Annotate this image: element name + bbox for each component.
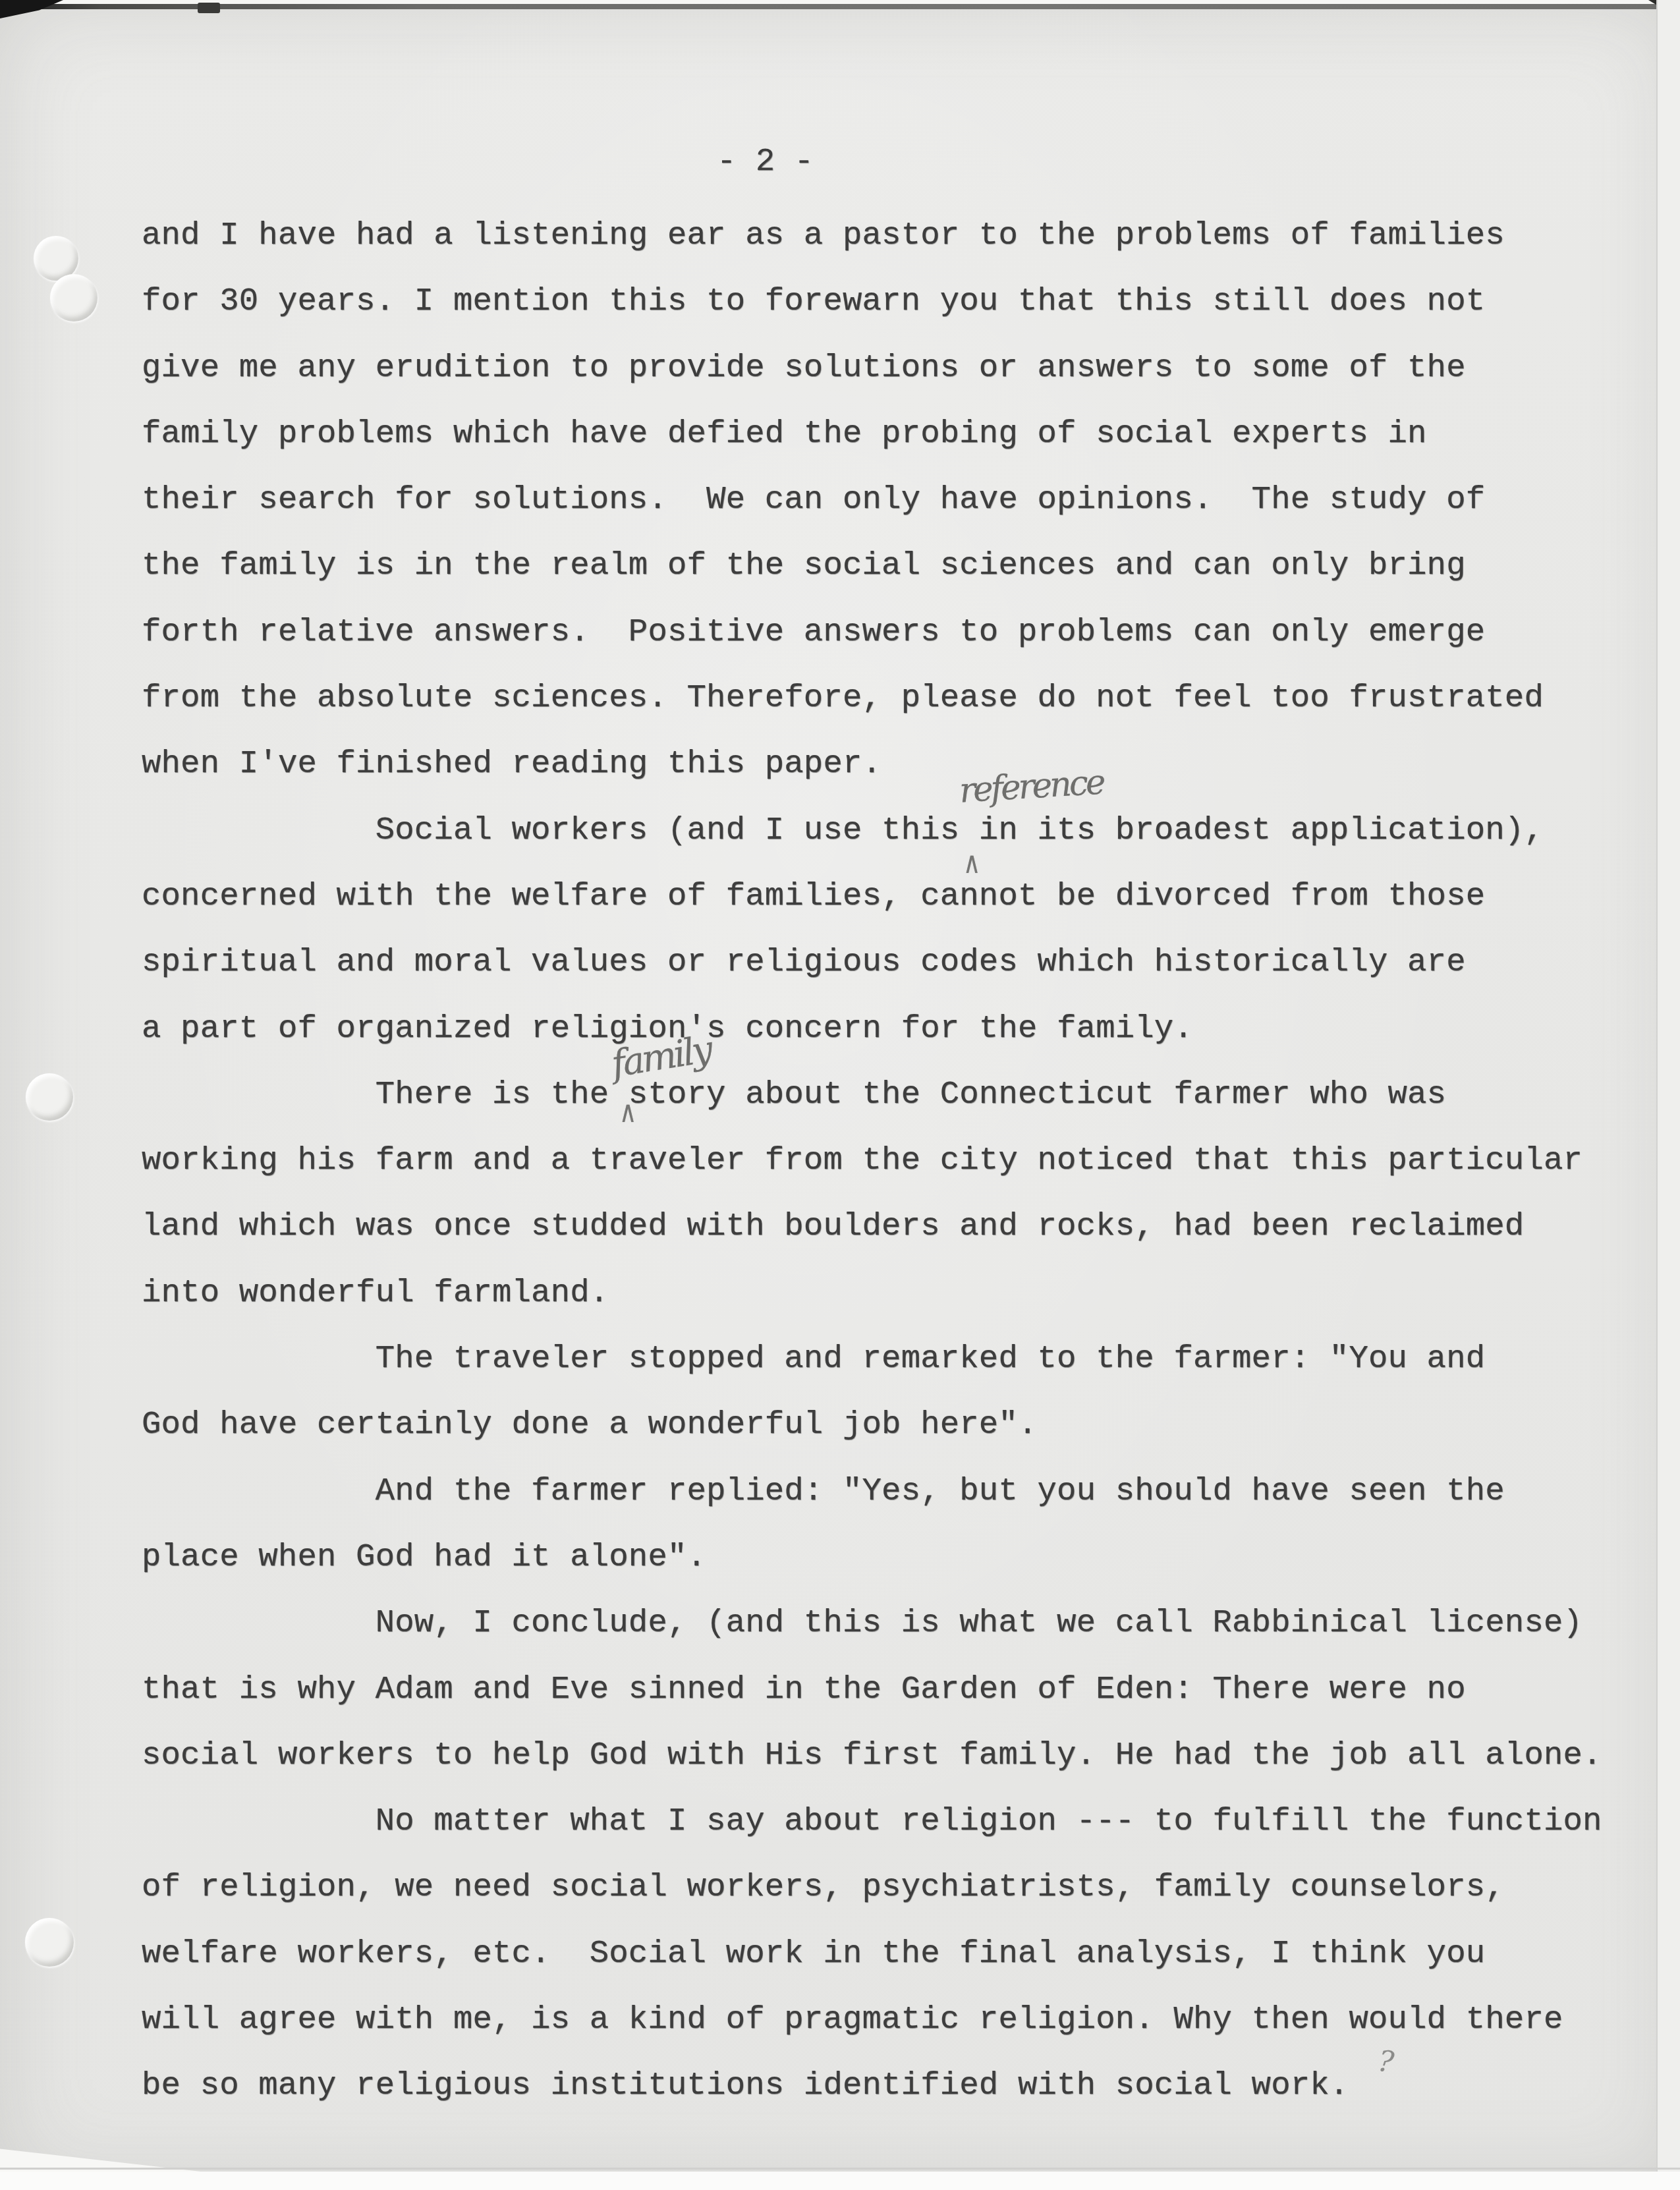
- typed-line: working his farm and a traveler from the…: [142, 1127, 1602, 1193]
- typed-line: concerned with the welfare of families, …: [142, 863, 1602, 929]
- typed-line: land which was once studded with boulder…: [142, 1193, 1602, 1259]
- scan-edge-right-line: [1656, 0, 1658, 2190]
- scan-edge-top-line: [0, 4, 1680, 9]
- typed-line: that is why Adam and Eve sinned in the G…: [142, 1656, 1602, 1722]
- scan-edge-right-strip: [1658, 0, 1680, 2190]
- scanned-typewritten-page: - 2 - and I have had a listening ear as …: [0, 0, 1680, 2190]
- typed-line: And the farmer replied: "Yes, but you sh…: [142, 1458, 1602, 1524]
- typed-line: will agree with me, is a kind of pragmat…: [142, 1986, 1602, 2052]
- page-number: - 2 -: [717, 128, 814, 194]
- scan-edge-bottom-crease: [0, 2168, 1680, 2170]
- scan-edge-bottom-strip: [0, 2172, 1680, 2190]
- typed-line: for 30 years. I mention this to forewarn…: [142, 268, 1602, 334]
- hole-punch: [50, 274, 98, 322]
- typed-line: of religion, we need social workers, psy…: [142, 1854, 1602, 1920]
- typed-line: into wonderful farmland.: [142, 1260, 1602, 1326]
- insertion-caret-icon: ∧: [963, 847, 980, 880]
- typed-line: welfare workers, etc. Social work in the…: [142, 1921, 1602, 1986]
- typed-line: No matter what I say about religion --- …: [142, 1788, 1602, 1854]
- typed-line: and I have had a listening ear as a past…: [142, 202, 1602, 268]
- typed-line: forth relative answers. Positive answers…: [142, 599, 1602, 665]
- typed-line: spiritual and moral values or religious …: [142, 929, 1602, 995]
- typed-text: and I have had a listening ear as a past…: [142, 202, 1602, 2119]
- hole-punch: [26, 1073, 73, 1121]
- typed-line: family problems which have defied the pr…: [142, 401, 1602, 466]
- typed-line: when I've finished reading this paper.: [142, 731, 1602, 797]
- typed-line: a part of organized religion's concern f…: [142, 996, 1602, 1061]
- typed-line: Now, I conclude, (and this is what we ca…: [142, 1590, 1602, 1656]
- typed-line: their search for solutions. We can only …: [142, 466, 1602, 532]
- typed-line: There is the story about the Connecticut…: [142, 1061, 1602, 1127]
- typed-line: God have certainly done a wonderful job …: [142, 1391, 1602, 1457]
- typed-line: The traveler stopped and remarked to the…: [142, 1326, 1602, 1391]
- typed-line: give me any erudition to provide solutio…: [142, 335, 1602, 401]
- scan-corner-top-left: [0, 0, 63, 18]
- scan-edge-mark: [198, 3, 220, 13]
- typed-line: Social workers (and I use this in its br…: [142, 797, 1602, 863]
- typed-line: from the absolute sciences. Therefore, p…: [142, 665, 1602, 731]
- typed-line: the family is in the realm of the social…: [142, 532, 1602, 598]
- hole-punch: [25, 1918, 74, 1967]
- typed-line: social workers to help God with His firs…: [142, 1722, 1602, 1788]
- insertion-caret-icon: ∧: [619, 1096, 636, 1129]
- typed-line: place when God had it alone".: [142, 1524, 1602, 1590]
